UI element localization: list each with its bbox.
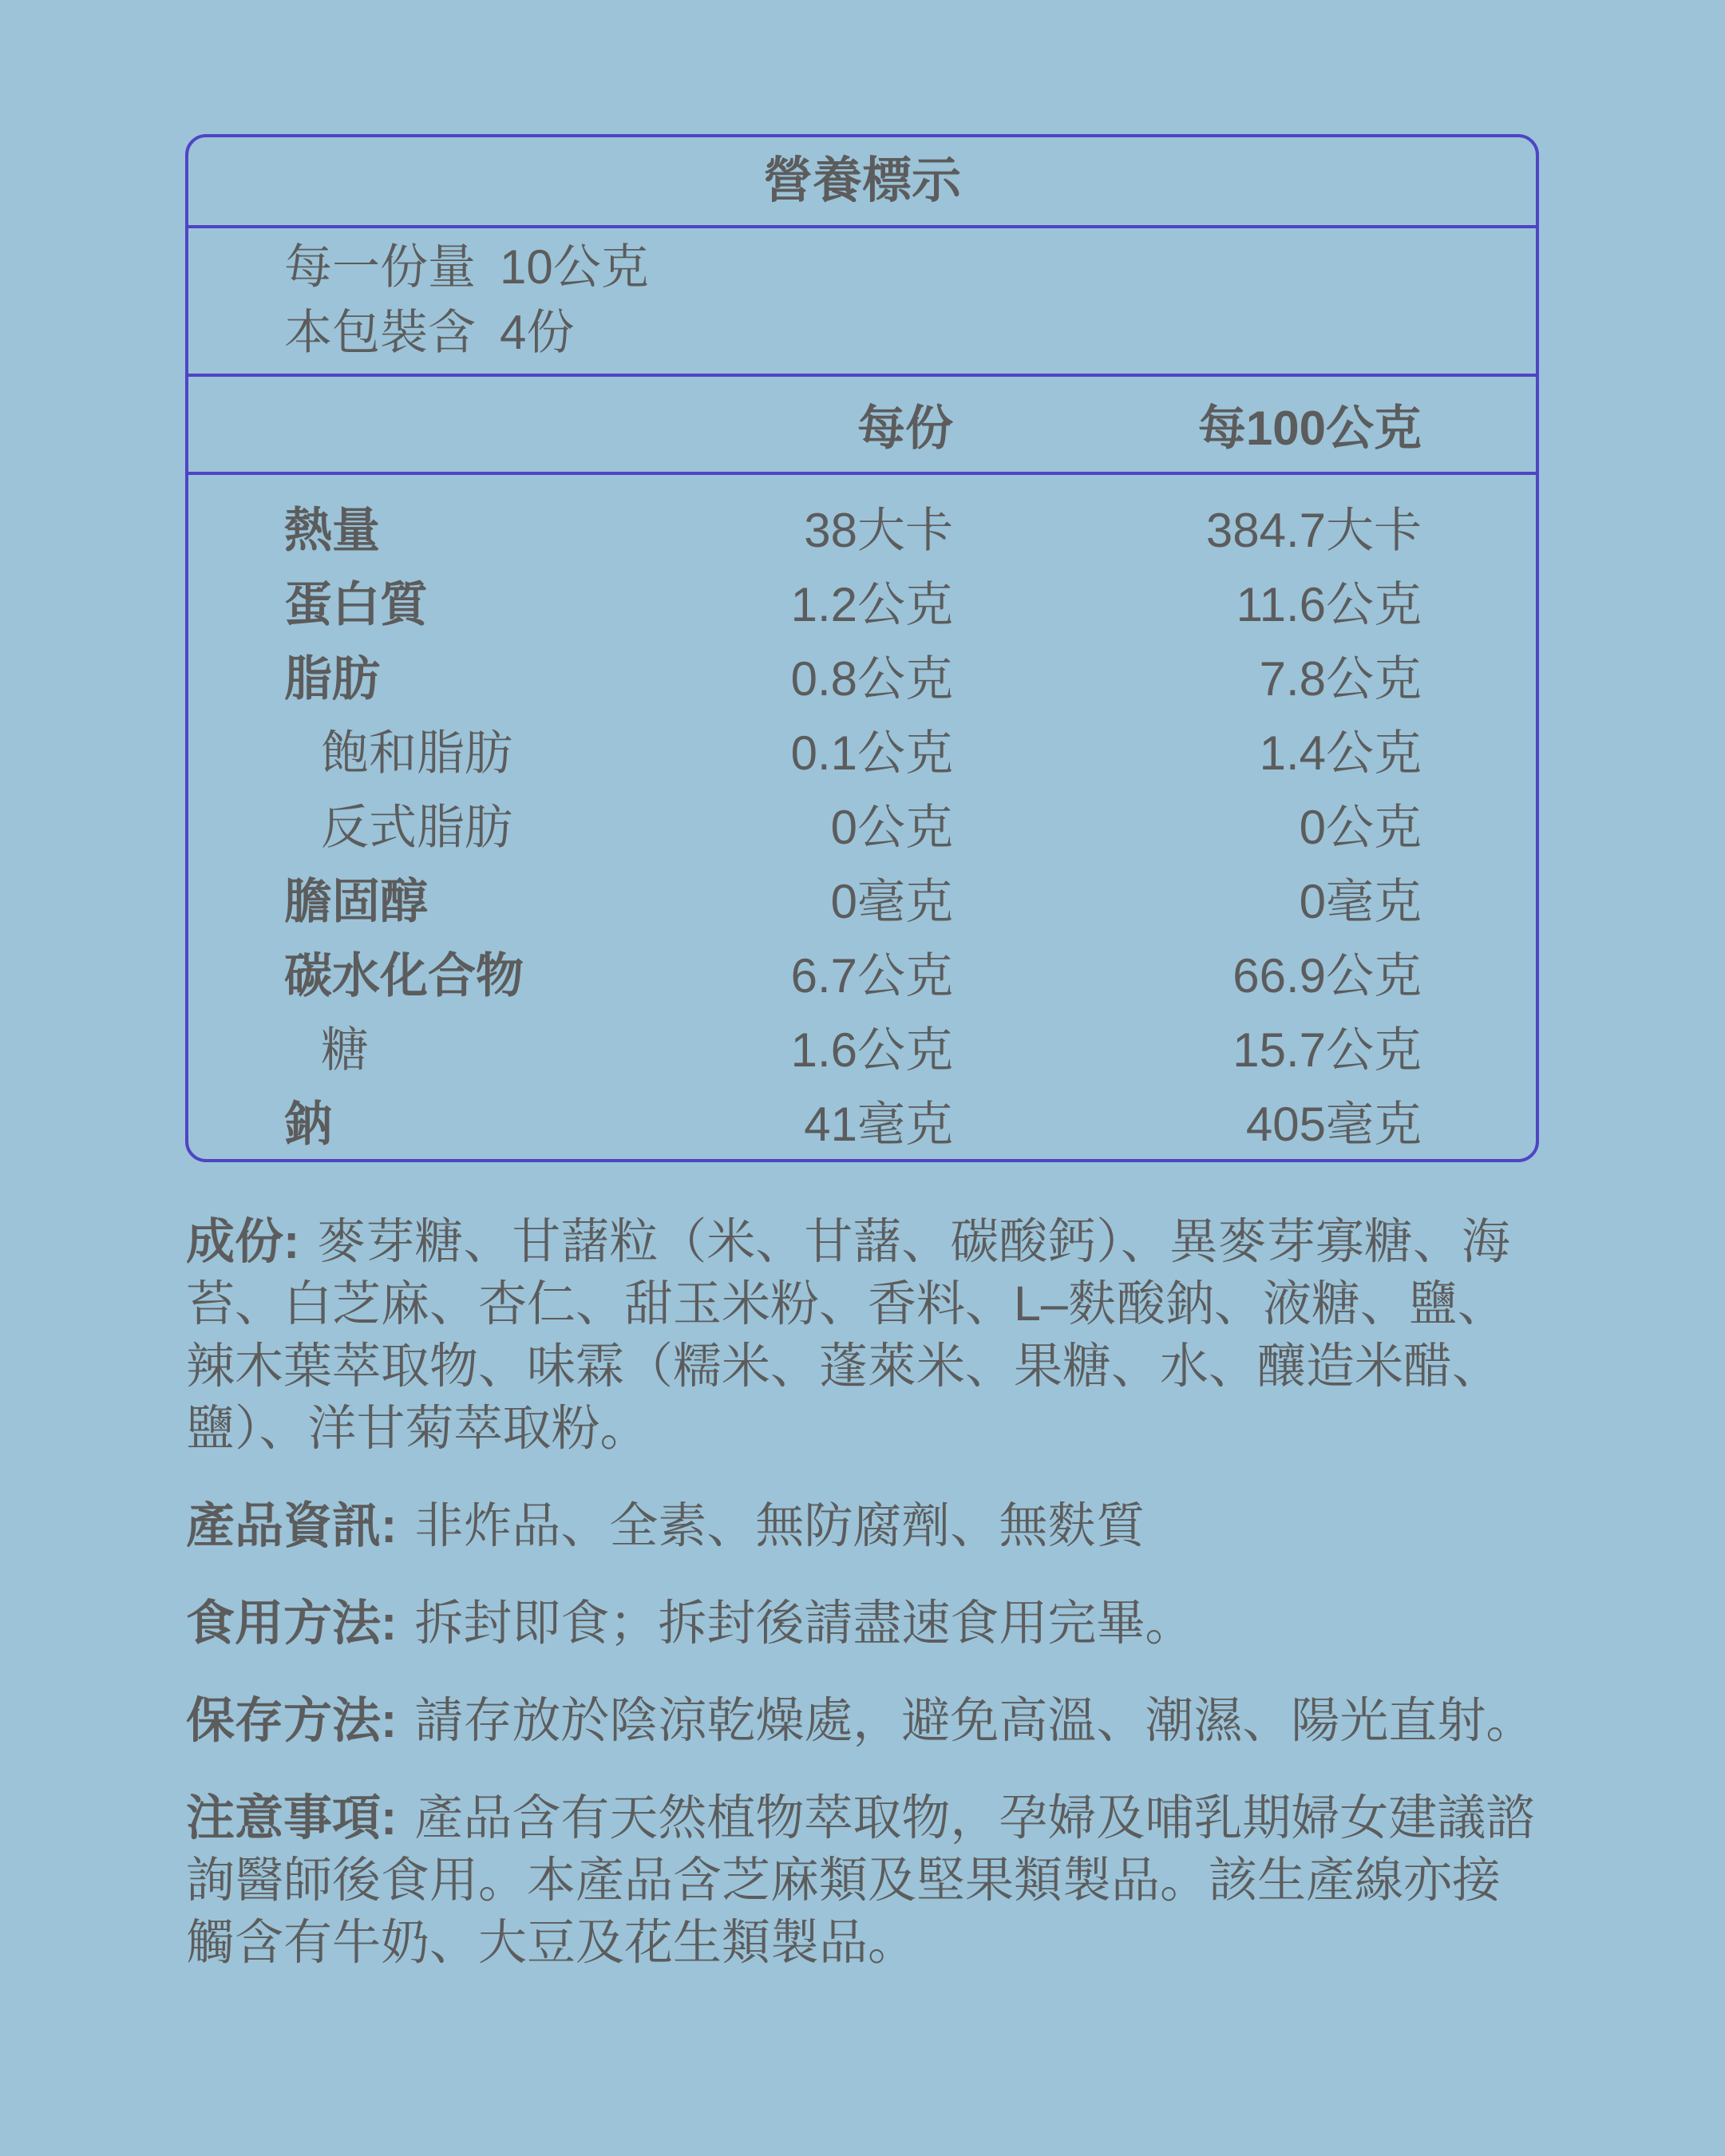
- serving-value: 4份: [500, 300, 574, 366]
- value-per-serving: 41毫克: [656, 1086, 953, 1155]
- info-section-text: 請存放於陰涼乾燥處，避免高溫、潮濕、陽光直射。: [414, 1693, 1534, 1747]
- info-section-label: 產品資訊:: [186, 1498, 397, 1553]
- value-per-serving: 1.6公克: [656, 1012, 953, 1081]
- info-section-label: 成份:: [186, 1214, 299, 1268]
- value-per-serving: 0公克: [656, 789, 953, 858]
- info-section-label: 食用方法:: [186, 1596, 397, 1650]
- info-section-text: 非炸品、全素、無防腐劑、無麩質: [414, 1498, 1145, 1553]
- table-row: 飽和脂肪0.1公克1.4公克: [188, 712, 1536, 786]
- nutrition-table-title: 營養標示: [188, 137, 1536, 228]
- serving-label: 本包裝含: [284, 300, 476, 366]
- column-header-per-100g: 每100公克: [953, 390, 1422, 459]
- value-per-100g: 1.4公克: [953, 715, 1422, 784]
- serving-info: 每一份量10公克本包裝含4份: [188, 228, 1536, 377]
- info-section: 產品資訊:非炸品、全素、無防腐劑、無麩質: [186, 1494, 1541, 1557]
- nutrient-name: 蛋白質: [188, 567, 656, 635]
- value-per-100g: 66.9公克: [953, 938, 1422, 1007]
- nutrient-name: 反式脂肪: [188, 789, 656, 858]
- nutrition-facts-table: 營養標示 每一份量10公克本包裝含4份 每份 每100公克 熱量38大卡384.…: [185, 134, 1539, 1162]
- value-per-100g: 0公克: [953, 789, 1422, 858]
- value-per-serving: 38大卡: [656, 493, 953, 561]
- nutrient-name: 膽固醇: [188, 864, 656, 932]
- value-per-100g: 405毫克: [953, 1086, 1422, 1155]
- value-per-serving: 6.7公克: [656, 938, 953, 1007]
- info-section: 保存方法:請存放於陰涼乾燥處，避免高溫、潮濕、陽光直射。: [186, 1689, 1541, 1751]
- table-row: 蛋白質1.2公克11.6公克: [188, 564, 1536, 638]
- info-section-label: 保存方法:: [186, 1693, 397, 1747]
- value-per-serving: 1.2公克: [656, 567, 953, 635]
- table-row: 鈉41毫克405毫克: [188, 1083, 1536, 1157]
- info-section-text: 麥芽糖、甘藷粒（米、甘藷、碳酸鈣）、異麥芽寡糖、海苔、白芝麻、杏仁、甜玉米粉、香…: [186, 1214, 1510, 1455]
- value-per-100g: 11.6公克: [953, 567, 1422, 635]
- nutrient-name: 脂肪: [188, 641, 656, 710]
- table-row: 膽固醇0毫克0毫克: [188, 860, 1536, 935]
- value-per-serving: 0.8公克: [656, 641, 953, 710]
- value-per-100g: 0毫克: [953, 864, 1422, 932]
- info-section-text: 拆封即食；拆封後請盡速食用完畢。: [414, 1596, 1193, 1650]
- nutrient-name: 碳水化合物: [188, 938, 656, 1007]
- nutrient-name: 熱量: [188, 493, 656, 561]
- table-row: 反式脂肪0公克0公克: [188, 786, 1536, 860]
- nutrient-name: 鈉: [188, 1086, 656, 1155]
- value-per-100g: 15.7公克: [953, 1012, 1422, 1081]
- serving-value: 10公克: [500, 235, 649, 300]
- info-sections: 成份:麥芽糖、甘藷粒（米、甘藷、碳酸鈣）、異麥芽寡糖、海苔、白芝麻、杏仁、甜玉米…: [186, 1210, 1541, 2008]
- column-header-per-serving: 每份: [656, 390, 953, 459]
- table-row: 脂肪0.8公克7.8公克: [188, 638, 1536, 712]
- serving-row: 每一份量10公克: [284, 235, 1536, 300]
- value-per-100g: 7.8公克: [953, 641, 1422, 710]
- column-header-row: 每份 每100公克: [188, 377, 1536, 475]
- info-section: 成份:麥芽糖、甘藷粒（米、甘藷、碳酸鈣）、異麥芽寡糖、海苔、白芝麻、杏仁、甜玉米…: [186, 1210, 1541, 1459]
- serving-row: 本包裝含4份: [284, 300, 1536, 366]
- value-per-serving: 0.1公克: [656, 715, 953, 784]
- serving-label: 每一份量: [284, 235, 476, 300]
- info-section: 注意事項:產品含有天然植物萃取物，孕婦及哺乳期婦女建議諮詢醫師後食用。本產品含芝…: [186, 1786, 1541, 1973]
- info-section-label: 注意事項:: [186, 1790, 397, 1845]
- value-per-100g: 384.7大卡: [953, 493, 1422, 561]
- info-section: 食用方法:拆封即食；拆封後請盡速食用完畢。: [186, 1592, 1541, 1654]
- table-row: 糖1.6公克15.7公克: [188, 1009, 1536, 1083]
- nutrient-name: 飽和脂肪: [188, 715, 656, 784]
- table-row: 熱量38大卡384.7大卡: [188, 489, 1536, 564]
- nutrient-name: 糖: [188, 1012, 656, 1081]
- value-per-serving: 0毫克: [656, 864, 953, 932]
- nutrient-rows: 熱量38大卡384.7大卡蛋白質1.2公克11.6公克脂肪0.8公克7.8公克飽…: [188, 475, 1536, 1157]
- table-row: 碳水化合物6.7公克66.9公克: [188, 935, 1536, 1009]
